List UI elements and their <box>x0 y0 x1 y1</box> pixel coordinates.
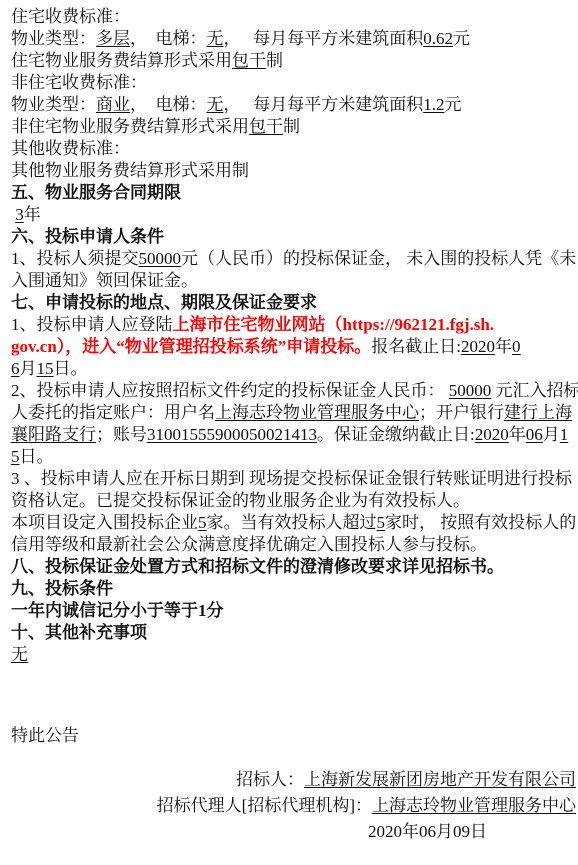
other-settlement-form: 其他物业服务费结算形式采用制 <box>11 160 576 182</box>
shortlist-count-value: 5 <box>198 513 207 532</box>
deposit-line-2: 人委托的指定账户：用户名上海志玲物业管理服务中心；开户银行建行上海 <box>11 402 576 424</box>
text-segment: 1、投标申请人应登陆 <box>11 315 173 334</box>
notice-date-value: 2020年06月09日 <box>368 822 487 841</box>
text-segment: 月 <box>543 425 560 444</box>
non-residential-property-type-value: 商业 <box>96 95 130 114</box>
closing-block: 特此公告 <box>11 725 576 747</box>
deposit-deadline-month-value: 06 <box>526 425 543 444</box>
website-red-text-part-1: 上海市住宅物业网站（https://962121.fgj.sh. <box>173 315 495 334</box>
text-segment: ， 电梯： <box>130 29 207 48</box>
section-5-heading: 五、物业服务合同期限 <box>11 182 576 204</box>
deposit-amount-value: 50000 <box>449 381 492 400</box>
bank-name-part-1: 建行上海 <box>504 403 572 422</box>
text-segment: 特此公告 <box>11 726 79 745</box>
shortlist-threshold-value: 5 <box>377 513 386 532</box>
application-line-2: gov.cn），进入“物业管理招投标系统”申请投标。报名截止日:2020年0 <box>11 336 576 358</box>
deposit-deadline-year-value: 2020 <box>475 425 509 444</box>
other-items-value: 无 <box>11 644 576 666</box>
credit-score-condition: 一年内诚信记分小于等于1分 <box>11 600 576 622</box>
text-segment: 元（人民币）的投标保证金， 未入围的投标人凭《未 <box>181 249 576 268</box>
section-8-heading: 八、投标保证金处置方式和招标文件的澄清修改要求详见招标书。 <box>11 556 576 578</box>
deposit-deadline-day-part-2: 5 <box>11 447 20 466</box>
section-6-heading: 六、投标申请人条件 <box>11 226 576 248</box>
text-segment: 本项目设定入围投标企业 <box>11 513 198 532</box>
text-segment: 日。 <box>20 447 54 466</box>
deposit-deadline-day-part-1: 1 <box>560 425 569 444</box>
text-segment: 报名截止日: <box>371 337 461 356</box>
section-9-heading: 九、投标条件 <box>11 578 576 600</box>
text-segment: 五、物业服务合同期限 <box>11 183 181 202</box>
text-segment: 年 <box>509 425 526 444</box>
verification-line-1: 3 、投标申请人应在开标日期到 现场提交投标保证金银行转账证明进行投标 <box>11 468 576 490</box>
text-segment: 信用等级和最新社会公众满意度择优确定入围投标人参与投标。 <box>11 535 487 554</box>
text-segment: 人委托的指定账户：用户名 <box>11 403 215 422</box>
text-segment: 家时， 按照有效投标人的 <box>385 513 576 532</box>
shortlist-line-2: 信用等级和最新社会公众满意度择优确定入围投标人参与投标。 <box>11 534 576 556</box>
text-segment: 制 <box>266 51 283 70</box>
agent-name-value: 上海志玲物业管理服务中心 <box>372 796 576 815</box>
agent-line: 招标代理人[招标代理机构]：上海志玲物业管理服务中心 <box>11 793 576 819</box>
text-segment: 月 <box>20 359 37 378</box>
text-segment: 八、投标保证金处置方式和招标文件的澄清修改要求详见招标书。 <box>11 557 504 576</box>
tender-notice-document: 住宅收费标准：物业类型：多层， 电梯：无， 每月每平方米建筑面积0.62元住宅物… <box>0 0 578 865</box>
bidder-condition-line-1: 1、投标人须提交50000元（人民币）的投标保证金， 未入围的投标人凭《未 <box>11 248 576 270</box>
section-10-heading: 十、其他补充事项 <box>11 622 576 644</box>
text-segment: ， 每月每平方米建筑面积 <box>224 95 424 114</box>
deposit-line-3: 襄阳路支行；账号31001555900050021413。保证金缴纳截止日:20… <box>11 424 576 446</box>
signup-deadline-month-part-1: 0 <box>512 337 521 356</box>
residential-fee-standard-heading: 住宅收费标准： <box>11 6 576 28</box>
deposit-line-4: 5日。 <box>11 446 576 468</box>
other-fee-standard-heading: 其他收费标准： <box>11 138 576 160</box>
section-7-heading: 七、申请投标的地点、期限及保证金要求 <box>11 292 576 314</box>
text-segment: ， 电梯： <box>130 95 207 114</box>
website-red-text-part-2: gov.cn），进入“物业管理招投标系统”申请投标。 <box>11 337 371 356</box>
account-name-value: 上海志玲物业管理服务中心 <box>215 403 419 422</box>
text-segment: 招标代理人[招标代理机构]： <box>157 796 372 815</box>
document-body: 住宅收费标准：物业类型：多层， 电梯：无， 每月每平方米建筑面积0.62元住宅物… <box>11 6 576 666</box>
text-segment: 招标人： <box>236 770 304 789</box>
text-segment: 其他收费标准： <box>11 139 130 158</box>
application-line-1: 1、投标申请人应登陆上海市住宅物业网站（https://962121.fgj.s… <box>11 314 576 336</box>
text-segment: 2、投标申请人应按照招标文件约定的投标保证金人民币： <box>11 381 449 400</box>
text-segment: 物业类型： <box>11 95 96 114</box>
residential-property-type-value: 多层 <box>96 29 130 48</box>
text-segment: 六、投标申请人条件 <box>11 227 164 246</box>
non-residential-fee-detail: 物业类型：商业， 电梯：无， 每月每平方米建筑面积1.2元 <box>11 94 576 116</box>
text-segment: 年 <box>495 337 512 356</box>
residential-fee-detail: 物业类型：多层， 电梯：无， 每月每平方米建筑面积0.62元 <box>11 28 576 50</box>
text-segment: 1、投标人须提交 <box>11 249 139 268</box>
tenderer-name-value: 上海新发展新团房地产开发有限公司 <box>304 770 576 789</box>
text-segment: 资格认定。已提交投标保证金的物业服务企业为有效投标人。 <box>11 491 470 510</box>
text-segment: 。保证金缴纳截止日: <box>317 425 475 444</box>
account-number-value: 31001555900050021413 <box>147 425 317 444</box>
text-segment: 家。当有效投标人超过 <box>207 513 377 532</box>
closing-statement: 特此公告 <box>11 725 576 747</box>
text-segment: 元 <box>453 29 470 48</box>
signature-block: 招标人：上海新发展新团房地产开发有限公司招标代理人[招标代理机构]：上海志玲物业… <box>11 767 576 845</box>
text-segment: 非住宅收费标准： <box>11 73 147 92</box>
contract-term-value: 3年 <box>11 204 576 226</box>
non-residential-elevator-value: 无 <box>207 95 224 114</box>
text-segment: 元汇入招标 <box>491 381 578 400</box>
residential-settlement-form: 住宅物业服务费结算形式采用包干制 <box>11 50 576 72</box>
text-segment: 元 <box>445 95 462 114</box>
text-segment: 七、申请投标的地点、期限及保证金要求 <box>11 293 317 312</box>
shortlist-line-1: 本项目设定入围投标企业5家。当有效投标人超过5家时， 按照有效投标人的 <box>11 512 576 534</box>
text-segment: 一年内诚信记分小于等于1分 <box>11 601 224 620</box>
text-segment: 日。 <box>54 359 88 378</box>
text-segment: 九、投标条件 <box>11 579 113 598</box>
text-segment: ， 每月每平方米建筑面积 <box>224 29 424 48</box>
text-segment: 十、其他补充事项 <box>11 623 147 642</box>
signup-deadline-month-part-2: 6 <box>11 359 20 378</box>
signup-deadline-year-value: 2020 <box>461 337 495 356</box>
text-segment: 入围通知》领回保证金。 <box>11 271 198 290</box>
text-segment: 制 <box>283 117 300 136</box>
deposit-line-1: 2、投标申请人应按照招标文件约定的投标保证金人民币： 50000 元汇入招标 <box>11 380 576 402</box>
residential-unit-price-value: 0.62 <box>423 29 453 48</box>
text-segment: ；开户银行 <box>419 403 504 422</box>
tenderer-line: 招标人：上海新发展新团房地产开发有限公司 <box>11 767 576 793</box>
bid-deposit-amount-value: 50000 <box>139 249 182 268</box>
none-value: 无 <box>11 645 28 664</box>
text-segment: 3 、投标申请人应在开标日期到 现场提交投标保证金银行转账证明进行投标 <box>11 469 572 488</box>
signup-deadline-day-value: 15 <box>37 359 54 378</box>
date-line: 2020年06月09日 <box>11 819 576 845</box>
non-residential-unit-price-value: 1.2 <box>423 95 444 114</box>
non-residential-fee-standard-heading: 非住宅收费标准： <box>11 72 576 94</box>
text-segment: 物业类型： <box>11 29 96 48</box>
text-segment: 其他物业服务费结算形式采用制 <box>11 161 249 180</box>
bank-name-part-2: 襄阳路支行 <box>11 425 96 444</box>
residential-elevator-value: 无 <box>207 29 224 48</box>
text-segment: 住宅物业服务费结算形式采用 <box>11 51 232 70</box>
contract-years-value: 3 <box>15 205 24 224</box>
text-segment: 非住宅物业服务费结算形式采用 <box>11 117 249 136</box>
text-segment: 住宅收费标准： <box>11 7 130 26</box>
text-segment: ；账号 <box>96 425 147 444</box>
verification-line-2: 资格认定。已提交投标保证金的物业服务企业为有效投标人。 <box>11 490 576 512</box>
bidder-condition-line-2: 入围通知》领回保证金。 <box>11 270 576 292</box>
text-segment: 年 <box>24 205 41 224</box>
residential-settlement-method-value: 包干 <box>232 51 266 70</box>
non-residential-settlement-form: 非住宅物业服务费结算形式采用包干制 <box>11 116 576 138</box>
application-line-3: 6月15日。 <box>11 358 576 380</box>
non-residential-settlement-method-value: 包干 <box>249 117 283 136</box>
